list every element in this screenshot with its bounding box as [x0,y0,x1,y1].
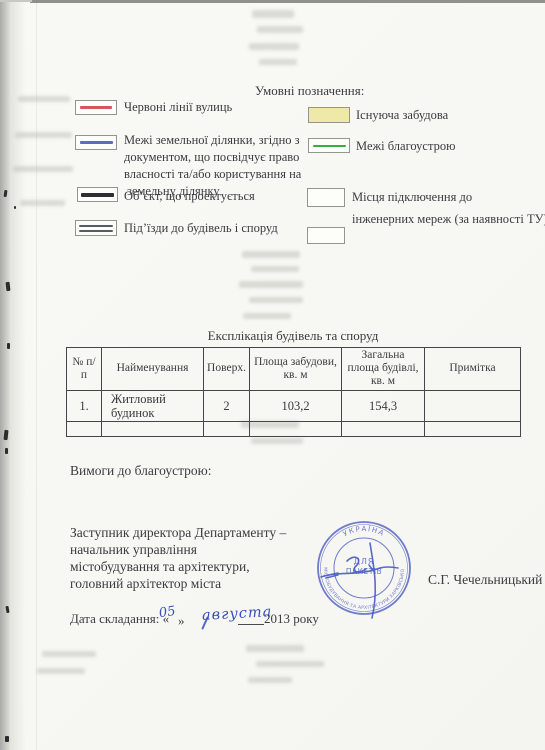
legend-label: Під’їзди до будівель і споруд [124,221,278,236]
double-line-symbol [75,220,117,236]
handwritten-day: 05 [158,604,177,621]
bleed-through-artifact [249,43,299,50]
header-cell-footprint-area: Площа забудови, кв. м [250,348,342,391]
signatory-title-line: Заступник директора Департаменту – [70,525,286,541]
cell-row-number: 1. [67,390,102,422]
blue-line-symbol [75,135,117,150]
legend-label: Межі земельної ділянки, згідно з [124,133,300,148]
bleed-through-artifact [239,281,303,288]
legend-label: Існуюча забудова [356,108,448,123]
cell-building-name: Житловий будинок [102,390,204,422]
header-cell-total-area: Загальна площа будівлі, кв. м [342,348,425,391]
empty-box-symbol [307,227,345,244]
signatory-name: С.Г. Чечельницький [428,572,542,588]
cell-empty [250,422,342,437]
legend-label: Об’єкт, що проектується [124,189,255,204]
bleed-through-artifact [249,297,303,303]
table-row-empty [67,422,521,437]
cell-empty [425,422,521,437]
header-cell-number: № п/п [67,348,102,391]
scanned-document-page: Умовні позначення: Червоні лінії вулиць … [0,0,545,750]
legend-label: Червоні лінії вулиць [124,100,232,115]
table-header-row: № п/п Найменування Поверх. Площа забудов… [67,348,521,391]
bleed-through-artifact [242,251,300,258]
cell-empty [67,422,102,437]
legend-label: документом, що посвідчує право [124,150,299,165]
cell-total-area: 154,3 [342,390,425,422]
header-cell-floors: Поверх. [204,348,250,391]
green-line [313,145,346,147]
double-line-bottom [79,230,113,232]
bleed-through-artifact [20,200,65,206]
cell-empty [204,422,250,437]
bleed-through-artifact [37,668,85,674]
table-row: 1. Житловий будинок 2 103,2 154,3 [67,390,521,422]
legend-label: Місця підключення до [352,190,472,205]
requirements-heading: Вимоги до благоустрою: [70,463,212,479]
legend-label: власності та/або користування на [124,167,301,182]
red-line [80,106,112,109]
green-line-symbol [308,138,350,153]
scan-speck [5,736,9,742]
bleed-through-artifact [257,26,303,33]
scan-edge-top-corner [0,0,32,2]
empty-box-symbol [307,188,345,207]
date-prefix: Дата складання: « [70,611,169,627]
signatory-title-line: містобудування та архітектури, [70,559,250,575]
scan-speck [14,206,16,209]
bleed-through-artifact [243,313,291,319]
blue-line [80,141,113,144]
scan-edge-left-shade [10,0,26,750]
red-line-symbol [75,100,117,115]
scan-speck [7,343,10,349]
bleed-through-artifact [252,10,294,18]
scan-edge-top [30,0,545,3]
cell-note [425,390,521,422]
header-cell-name: Найменування [102,348,204,391]
legend-label: Межі благоустрою [356,139,455,154]
date-year: 2013 року [264,611,319,627]
cell-footprint-area: 103,2 [250,390,342,422]
bleed-through-artifact [251,266,299,272]
legend-label: інженерних мереж (за наявності ТУ) [352,212,545,227]
double-line-top [79,225,113,227]
svg-text:УКРАЇНА: УКРАЇНА [342,524,386,538]
black-line-symbol [77,187,118,202]
scan-speck [5,448,8,454]
header-cell-note: Примітка [425,348,521,391]
legend-title: Умовні позначення: [255,83,364,99]
bleed-through-artifact [246,645,304,652]
scan-edge-left [0,0,10,750]
bleed-through-artifact [15,132,72,138]
cell-empty [102,422,204,437]
yellow-fill-symbol [308,107,350,123]
explication-table: № п/п Найменування Поверх. Площа забудов… [66,347,521,437]
bleed-through-artifact [251,438,303,444]
date-close-quote: » [178,613,185,629]
page-fold-line [36,0,37,750]
scan-speck [6,282,11,291]
bleed-through-artifact [18,96,70,102]
table-title: Експлікація будівель та споруд [66,328,520,344]
stamp-country-text: УКРАЇНА [342,524,386,538]
date-underline [238,624,264,625]
cell-empty [342,422,425,437]
cell-floors: 2 [204,390,250,422]
bleed-through-artifact [259,59,297,65]
signatory-title-line: головний архітектор міста [70,576,221,592]
bleed-through-artifact [256,661,324,667]
black-line [81,193,114,197]
bleed-through-artifact [248,677,292,683]
bleed-through-artifact [42,651,96,657]
bleed-through-artifact [13,166,73,172]
handwritten-month: августа [202,604,273,624]
signatory-title-line: начальник управління [70,542,197,558]
